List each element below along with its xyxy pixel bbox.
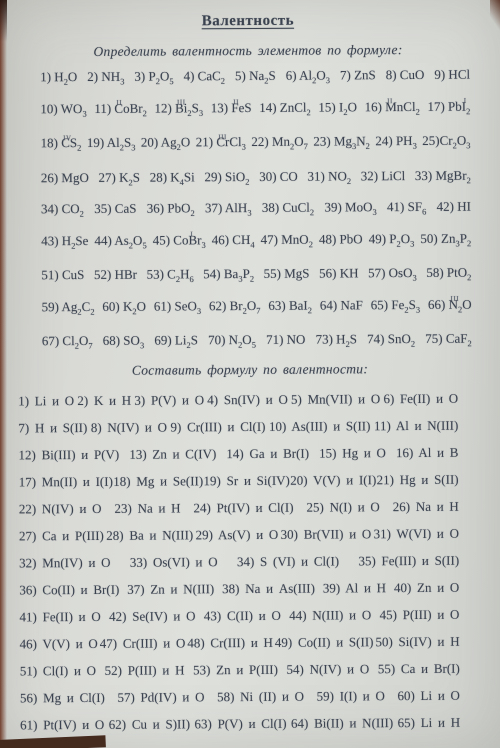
formula-item: 13) IIFeS [211, 97, 252, 119]
formula-item: 45) P(III) и O [380, 604, 460, 623]
formula-line: 18) IVCS219) Al2S320) Ag2O21) IIICrCl322… [41, 131, 471, 156]
formula-item: 63) P(V) и Cl(I) [194, 713, 286, 733]
formula-item: 69) Li2S [154, 330, 198, 349]
formula-item: 67) Cl2O7 [42, 331, 93, 350]
formula-item: 48) Cr(III) и H [187, 632, 273, 652]
formula-item: 3) P(V) и O [134, 390, 204, 409]
worksheet-content: Валентность Определить валентность элеме… [0, 11, 500, 734]
page-title: Валентность [0, 11, 498, 31]
formula-item: 60) K2O [102, 296, 146, 318]
formula-item: 27) K2S [98, 167, 140, 186]
formula-item: 31) NO2 [307, 166, 351, 185]
formula-item: 37) Zn и N(III) [127, 579, 214, 599]
formula-item: 31) W(VI) и O [374, 523, 459, 543]
formula-item: 12) Bi(III) и P(V) [18, 444, 119, 464]
formula-item: 39) MoO3 [324, 197, 376, 216]
formula-item: 26) MgO [41, 167, 89, 186]
formula-item: 24) Pt(IV) и Cl(I) [193, 497, 293, 517]
formula-line: 7) H и S(II)8) N(IV) и O9) Cr(III) и Cl(… [18, 415, 458, 437]
formula-line: 10) WO311) IICoBr212) IIIBi2S313) IIFeS1… [40, 96, 470, 121]
formula-item: 53) Zn и P(III) [193, 659, 278, 679]
formula-line: 17) Mn(II) и I(I)18) Mg и Se(II)19) Sr и… [19, 469, 459, 491]
formula-item: 22) N(IV) и O [19, 498, 102, 518]
formula-line: 51) Cl(I) и O52) P(III) и H53) Zn и P(II… [20, 658, 460, 680]
formula-line: 12) Bi(III) и P(V)13) Zn и C(IV)14) Ga и… [18, 442, 458, 464]
formula-item: 6) Fe(II) и O [383, 388, 458, 407]
formula-item: 4) CaC2 [184, 66, 226, 85]
formula-item: 21) Hg и S(II) [377, 469, 459, 489]
formula-item: 23) Na и H [114, 498, 180, 517]
formula-item: 45) CoIBr3 [153, 230, 206, 252]
formula-item: 2) K и H [77, 390, 131, 409]
formula-item: 56) KH [319, 263, 358, 282]
formula-item: 8) N(IV) и O [91, 417, 167, 436]
formula-line: 43) H2Se44) As2O545) CoIBr346) CH447) Mn… [41, 228, 471, 253]
formula-item: 12) IIIBi2S3 [154, 98, 203, 120]
formula-item: 64) NaF [320, 295, 363, 317]
formula-item: 32) Mn(IV) и O [19, 552, 110, 572]
formula-item: 28) K4Si [150, 167, 195, 186]
formula-item: 2) NH3 [87, 67, 124, 86]
formula-item: 54) Ba3P2 [203, 264, 254, 283]
formula-item: 49) Co(II) и S(II) [275, 632, 374, 652]
formula-item: 62) Cu и S)II) [109, 714, 190, 733]
formula-item: 66) IIIN2O [428, 294, 472, 316]
formula-item: 62) Br2O7 [209, 295, 261, 317]
photo-edge-top-right [490, 0, 500, 30]
formula-item: 47) Cr(III) и O [100, 633, 186, 653]
formula-item: 59) I(I) и O [317, 686, 385, 705]
formula-item: 18) Mg и Se(II) [113, 471, 203, 491]
formula-item: 60) Li и O [397, 685, 460, 704]
formula-item: 50) Zn3P2 [420, 228, 471, 250]
formula-item: 7) H и S(II) [18, 417, 87, 436]
formula-item: 40) Zn и O [394, 577, 459, 596]
formula-item: 9) Cr(III) и Cl(I) [170, 416, 265, 436]
formula-item: 74) SnO2 [367, 329, 415, 348]
formula-item: 58) PtO2 [426, 263, 471, 282]
formula-item: 46) CH4 [212, 229, 255, 251]
formula-item: 70) N2O5 [208, 330, 256, 349]
formula-item: 20) Ag2O [141, 132, 191, 154]
formula-item: 35) Fe(III) и S(II) [358, 550, 459, 570]
formula-item: 5) Mn(VII) и O [291, 389, 380, 409]
formula-line: 59) Ag2C260) K2O61) SeO362) Br2O763) BaI… [42, 294, 472, 319]
formula-item: 51) CuS [41, 265, 84, 284]
formula-item: 43) C(II) и O [204, 605, 281, 624]
formula-item: 41) Fe(II) и O [19, 606, 100, 625]
formula-item: 55) MgS [264, 264, 310, 283]
formula-item: 44) As2O5 [94, 230, 146, 252]
task1-heading: Определить валентность элементов по форм… [0, 41, 498, 60]
formula-item: 23) Mg3N2 [313, 131, 370, 153]
formula-item: 36) PbO2 [147, 198, 195, 217]
photo-edge-left [0, 0, 7, 748]
formula-item: 52) HBr [94, 265, 137, 284]
formula-line: 41) Fe(II) и O42) Se(IV) и O43) C(II) и … [19, 604, 459, 626]
formula-item: 15) Hg и O [319, 443, 386, 462]
formula-item: 57) Pd(IV) и O [117, 687, 204, 707]
formula-item: 8) CuO [386, 65, 425, 84]
formula-item: 27) Ca и P(III) [19, 525, 104, 545]
formula-item: 25)Cr2O3 [422, 131, 470, 153]
formula-item: 17) PbII2 [427, 96, 470, 118]
formula-item: 42) HI [437, 197, 471, 216]
formula-item: 30) Br(VII) и O [281, 524, 372, 544]
formula-item: 26) Na и H [393, 496, 459, 515]
formula-item: 33) Os(VI) и O [130, 552, 218, 572]
formula-item: 57) OsO3 [368, 263, 417, 282]
formula-item: 42) Se(IV) и O [109, 606, 195, 626]
formula-item: 10) WO3 [40, 98, 86, 120]
formula-item: 19) Al2S3 [87, 133, 136, 155]
formula-item: 54) N(IV) и O [286, 659, 369, 679]
task1-list: 1) H2O2) NH33) P2O54) CaC25) Na2S6) Al2O… [0, 64, 500, 350]
formula-item: 6) Al2O3 [286, 66, 330, 85]
formula-line: 27) Ca и P(III)28) Ba и N(III)29) As(V) … [19, 523, 459, 545]
formula-item: 37) AlH3 [205, 198, 252, 217]
formula-item: 75) CaF2 [425, 329, 472, 348]
formula-item: 11) IICoBr2 [94, 98, 147, 120]
formula-line: 22) N(IV) и O23) Na и H24) Pt(IV) и Cl(I… [19, 496, 459, 518]
formula-item: 73) H2S [316, 329, 358, 348]
formula-item: 1) H2O [40, 67, 77, 86]
formula-item: 5) Na2S [235, 66, 276, 85]
formula-item: 34) S (VI) и Cl(I) [237, 551, 339, 571]
formula-item: 21) IIICrCl3 [196, 132, 246, 154]
photo-edge-bottom-left [0, 735, 106, 748]
formula-item: 35) CaS [94, 199, 136, 218]
formula-item: 28) Ba и N(III) [106, 525, 193, 545]
formula-item: 51) Cl(I) и O [20, 660, 96, 679]
formula-item: 64) Bi(II) и N(III) [291, 713, 393, 733]
formula-line: 32) Mn(IV) и O33) Os(VI) и O34) S (VI) и… [19, 550, 459, 572]
formula-item: 4) Sn(IV) и O [207, 389, 288, 408]
formula-item: 59) Ag2C2 [42, 296, 95, 318]
formula-item: 14) ZnCl2 [259, 97, 311, 119]
formula-line: 56) Mg и Cl(I)57) Pd(IV) и O58) Ni (II) … [20, 685, 460, 707]
formula-line: 1) Li и O2) K и H3) P(V) и O4) Sn(IV) и … [18, 388, 458, 410]
formula-item: 65) Li и H [398, 712, 461, 731]
task2-heading: Составить формулу по валентности: [0, 360, 500, 379]
formula-item: 43) H2Se [41, 230, 88, 252]
formula-item: 29) As(V) и O [196, 524, 279, 544]
task2-list: 1) Li и O2) K и H3) P(V) и O4) Sn(IV) и … [0, 388, 500, 734]
formula-item: 9) HCl [434, 65, 470, 84]
formula-item: 14) Ga и Br(I) [226, 443, 309, 463]
formula-line: 34) CO235) CaS36) PbO237) AlH338) CuCl23… [41, 197, 471, 219]
formula-item: 33) MgBr2 [415, 165, 471, 184]
formula-item: 38) Na и As(III) [222, 578, 315, 598]
formula-item: 71) NO [266, 330, 305, 349]
formula-item: 20) V(V) и I(I) [290, 470, 376, 490]
formula-item: 50) Si(IV) и H [375, 631, 459, 651]
formula-item: 19) Sr и Si(IV) [203, 470, 289, 490]
formula-item: 7) ZnS [340, 65, 376, 84]
formula-item: 63) BaI2 [268, 295, 312, 317]
formula-item: 48) PbO [319, 229, 363, 251]
formula-item: 16) IIMnCl2 [365, 96, 420, 118]
formula-line: 46) V(V) и O47) Cr(III) и O48) Cr(III) и… [20, 631, 460, 653]
formula-item: 53) C2H6 [146, 264, 193, 283]
worksheet-page: Валентность Определить валентность элеме… [0, 0, 500, 748]
formula-item: 65) Fe2S3 [371, 294, 420, 316]
formula-item: 38) CuCl2 [262, 198, 314, 217]
formula-item: 41) SF6 [387, 197, 426, 216]
formula-item: 15) I2O [318, 97, 357, 119]
formula-item: 61) Pt(IV) и O [20, 714, 104, 734]
formula-line: 67) Cl2O768) SO369) Li2S70) N2O571) NO73… [42, 329, 472, 351]
photo-edge-left-top [0, 0, 7, 42]
formula-line: 36) Co(II) и Br(I)37) Zn и N(III)38) Na … [19, 577, 459, 599]
formula-item: 68) SO3 [103, 331, 145, 350]
formula-line: 26) MgO27) K2S28) K4Si29) SiO230) CO31) … [41, 165, 471, 187]
formula-item: 11) Al и N(III) [374, 415, 458, 435]
formula-item: 46) V(V) и O [20, 633, 98, 652]
formula-item: 18) IVCS2 [41, 133, 82, 155]
formula-item: 39) Al и H [323, 578, 386, 597]
formula-item: 13) Zn и C(IV) [129, 444, 216, 464]
formula-line: 1) H2O2) NH33) P2O54) CaC25) Na2S6) Al2O… [40, 65, 470, 87]
formula-item: 10) As(III) и S(II) [269, 416, 371, 436]
formula-item: 16) Al и B [396, 442, 459, 461]
formula-item: 58) Ni (II) и O [217, 686, 304, 706]
formula-item: 61) SeO3 [154, 296, 201, 318]
formula-item: 55) Ca и Br(I) [378, 658, 460, 678]
formula-item: 56) Mg и Cl(I) [20, 687, 105, 707]
formula-item: 49) P2O3 [369, 228, 415, 250]
formula-item: 3) P2O5 [134, 66, 173, 85]
formula-item: 1) Li и O [18, 391, 74, 410]
formula-item: 44) N(III) и O [289, 605, 371, 625]
formula-item: 36) Co(II) и Br(I) [19, 579, 119, 599]
formula-item: 25) N(I) и O [306, 497, 379, 516]
formula-item: 22) Mn2O7 [251, 132, 308, 154]
formula-item: 32) LiCl [361, 166, 406, 185]
formula-item: 17) Mn(II) и I(I) [19, 471, 113, 491]
formula-item: 24) PH3 [375, 131, 417, 153]
formula-line: 51) CuS52) HBr53) C2H654) Ba3P255) MgS56… [41, 263, 471, 285]
formula-item: 30) CO [259, 166, 298, 185]
formula-item: 47) MnO2 [261, 229, 313, 251]
formula-line: 61) Pt(IV) и O62) Cu и S)II)63) P(V) и C… [20, 712, 460, 734]
formula-item: 52) P(III) и H [105, 660, 185, 679]
formula-item: 29) SiO2 [204, 166, 249, 185]
formula-item: 34) CO2 [41, 199, 84, 218]
